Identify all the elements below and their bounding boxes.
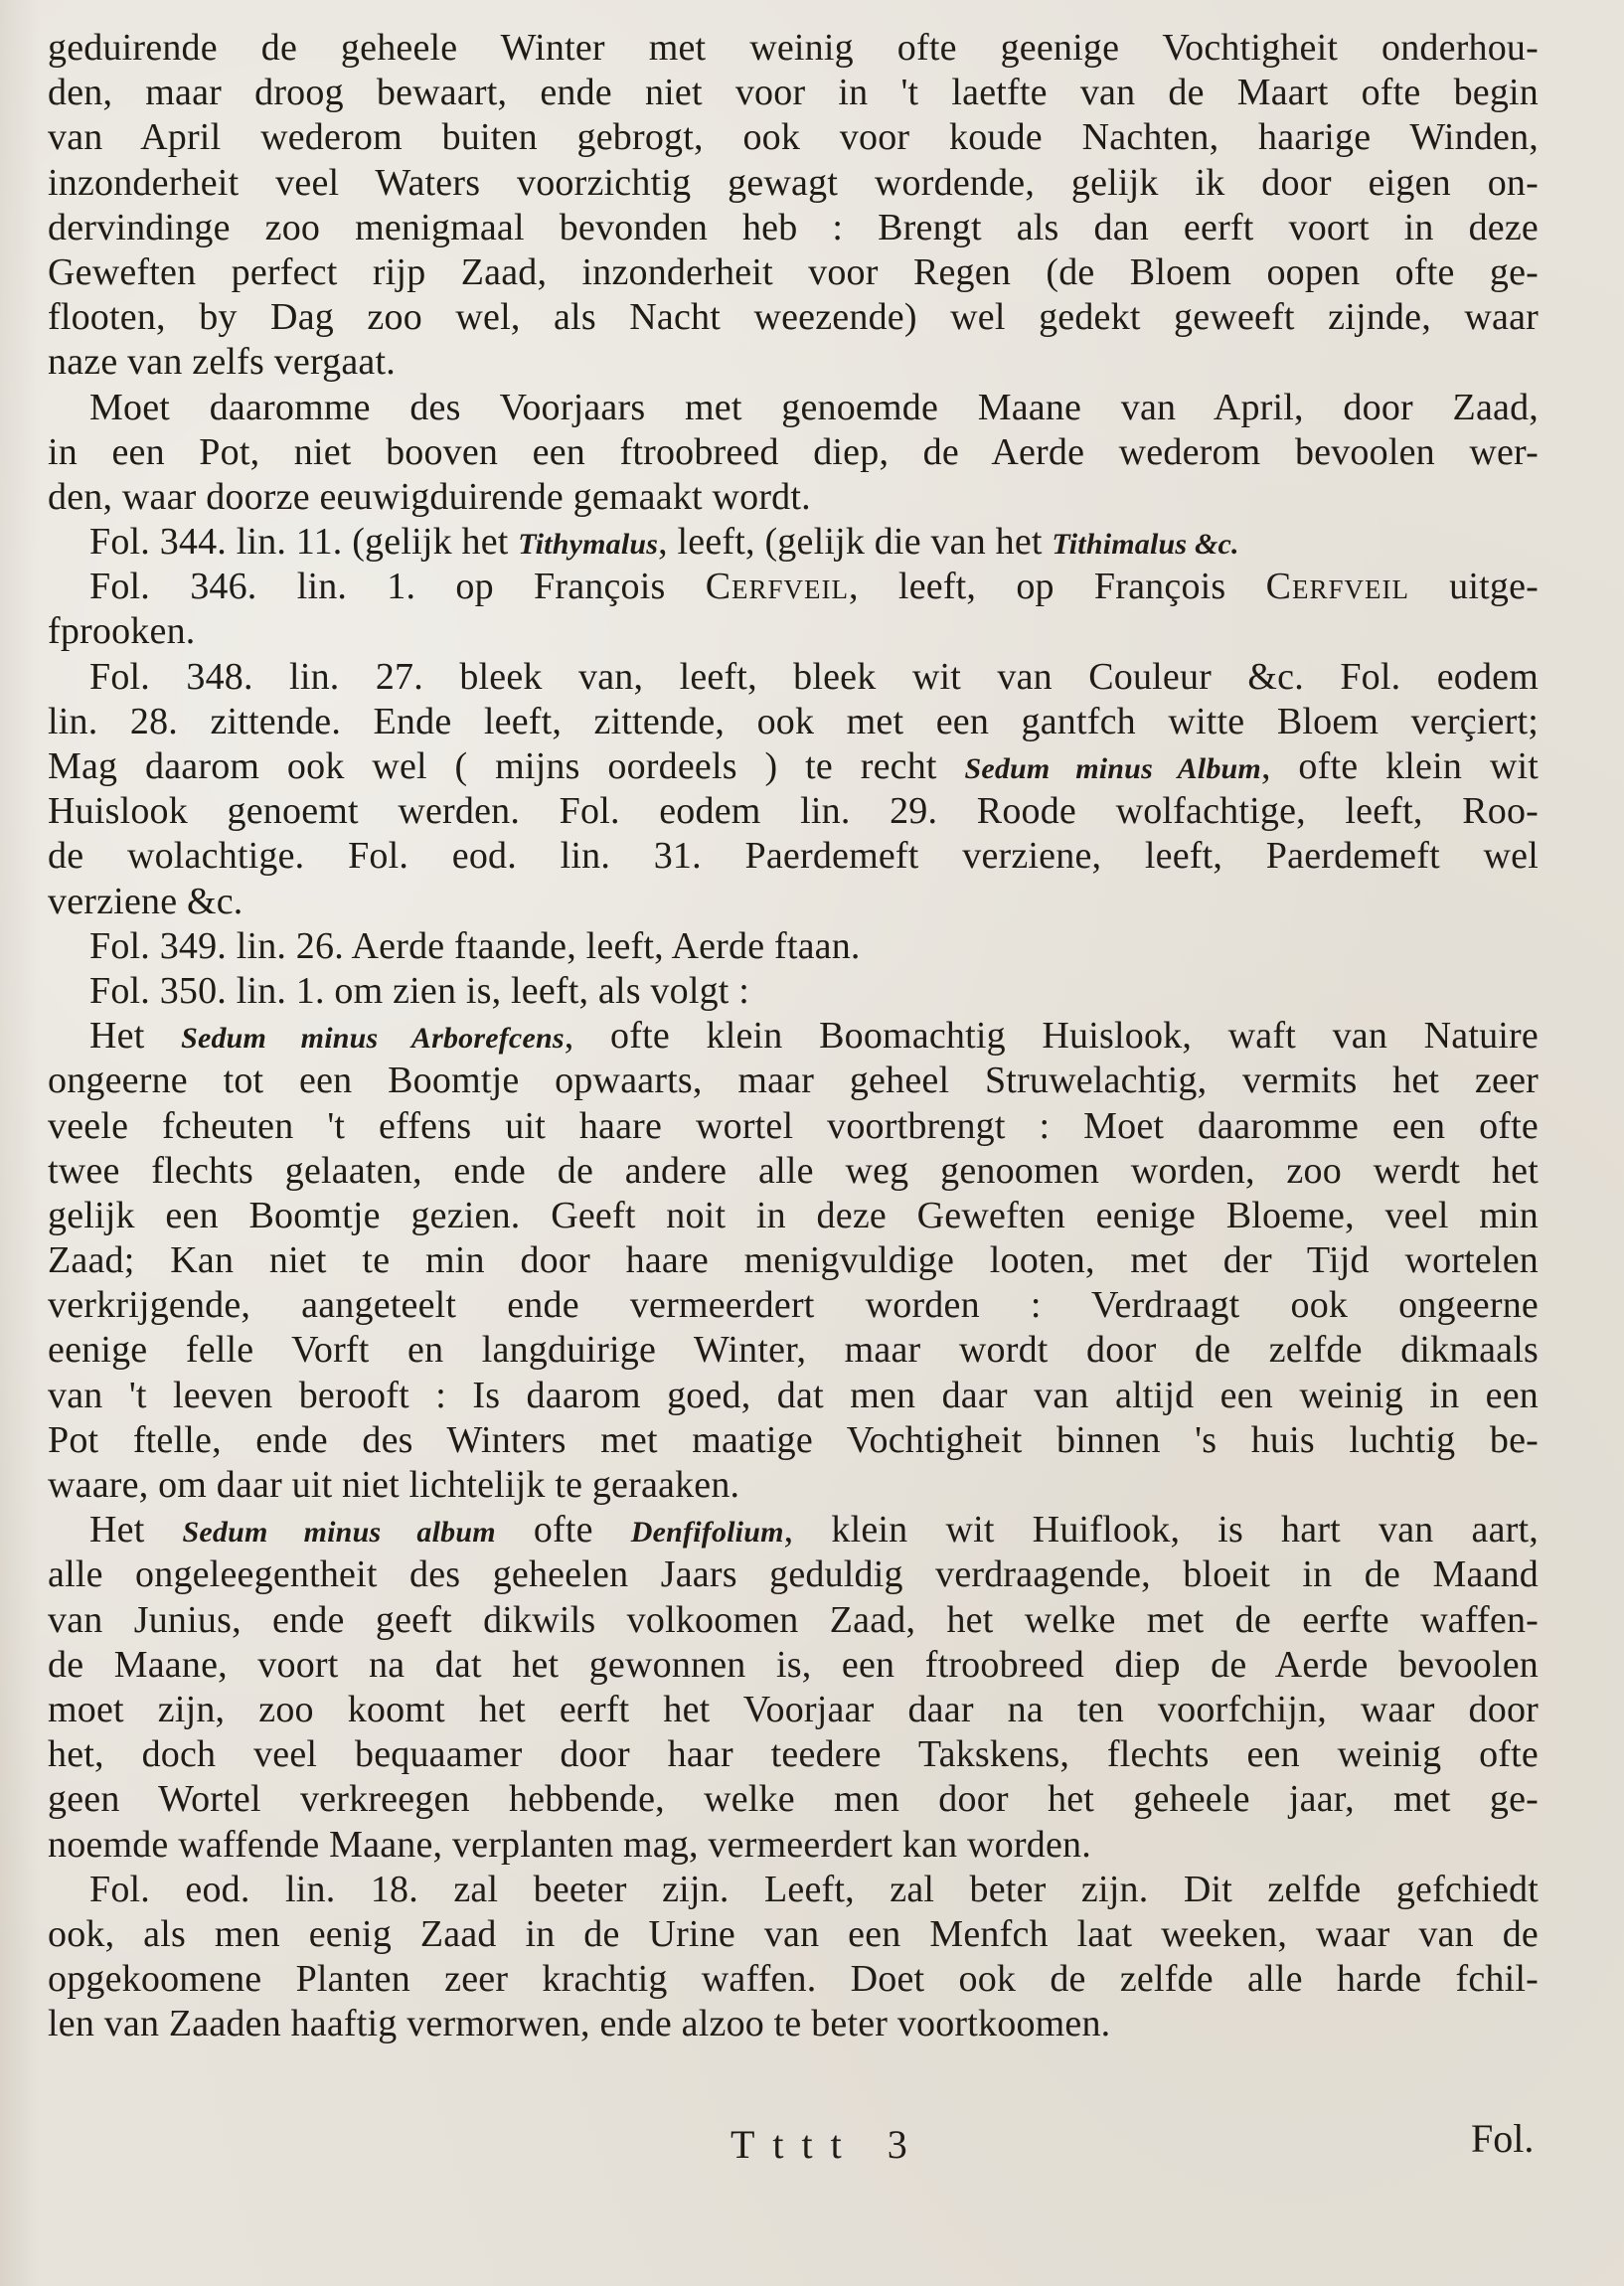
text-line: verkrijgende, aangeteelt ende vermeerder…: [48, 1283, 1539, 1328]
page-footer: Tttt 3 Fol.: [0, 2115, 1624, 2175]
text-run: , leeft, op François: [849, 566, 1266, 607]
text-line: Huislook genoemt werden. Fol. eodem lin.…: [48, 789, 1539, 834]
text-line: fprooken.: [48, 609, 1539, 654]
text-line: dervindinge zoo menigmaal bevonden heb :…: [48, 206, 1539, 250]
text-line: Fol. eod. lin. 18. zal beeter zijn. Leef…: [48, 1868, 1539, 1912]
italic-term: Sedum minus Album: [964, 752, 1261, 785]
text-line: de wolachtige. Fol. eod. lin. 31. Paerde…: [48, 834, 1539, 879]
signature-mark: Tttt 3: [731, 2121, 925, 2168]
text-line: moet zijn, zoo koomt het eerft het Voorj…: [48, 1688, 1539, 1732]
text-line: opgekoomene Planten zeer krachtig waffen…: [48, 1957, 1539, 2002]
text-run: ofte: [496, 1509, 631, 1551]
text-line: Fol. 348. lin. 27. bleek van, leeft, ble…: [48, 655, 1539, 700]
text-line: gelijk een Boomtje gezien. Geeft noit in…: [48, 1194, 1539, 1238]
text-line: Geweften perfect rijp Zaad, inzonderheit…: [48, 250, 1539, 295]
text-run: Fol. 346. lin. 1. op François: [89, 566, 706, 607]
text-run: uitge-: [1409, 566, 1539, 607]
text-line: van 't leeven berooft : Is daarom goed, …: [48, 1374, 1539, 1418]
text-line: den, maar droog bewaart, ende niet voor …: [48, 71, 1539, 115]
catchword: Fol.: [1471, 2115, 1534, 2162]
text-run: , ofte klein Boomachtig Huislook, waft v…: [565, 1015, 1539, 1057]
page-text-block: geduirende de geheele Winter met weinig …: [48, 26, 1539, 2046]
paragraph: Het Sedum minus Arborefcens, ofte klein …: [48, 1014, 1539, 1508]
text-line: flooten, by Dag zoo wel, als Nacht weeze…: [48, 295, 1539, 340]
text-line: van Junius, ende geeft dikwils volkoomen…: [48, 1598, 1539, 1643]
text-line: veele fcheuten 't effens uit haare worte…: [48, 1104, 1539, 1149]
text-line: Fol. 346. lin. 1. op François Cerfveil, …: [48, 565, 1539, 609]
text-run: Mag daarom ook wel ( mijns oordeels ) te…: [48, 745, 964, 787]
text-line: waare, om daar uit niet lichtelijk te ge…: [48, 1463, 1539, 1508]
text-line: verziene &c.: [48, 880, 1539, 924]
paragraph: Moet daaromme des Voorjaars met genoemde…: [48, 386, 1539, 521]
paragraph-erratum: Fol. 344. lin. 11. (gelijk het Tithymalu…: [48, 520, 1539, 565]
small-caps-term: Cerfveil: [706, 566, 849, 607]
text-run: , leeft, (gelijk die van het: [658, 521, 1052, 563]
text-line: Het Sedum minus album ofte Denfifolium, …: [48, 1508, 1539, 1552]
paragraph-erratum: Fol. 346. lin. 1. op François Cerfveil, …: [48, 565, 1539, 654]
text-line: noemde waffende Maane, verplanten mag, v…: [48, 1823, 1539, 1868]
text-line: Fol. 349. lin. 26. Aerde ftaande, leeft,…: [48, 924, 1539, 969]
text-line: Fol. 350. lin. 1. om zien is, leeft, als…: [48, 969, 1539, 1014]
text-line: ongeerne tot een Boomtje opwaarts, maar …: [48, 1059, 1539, 1103]
paragraph-erratum: Fol. 349. lin. 26. Aerde ftaande, leeft,…: [48, 924, 1539, 969]
text-run: , ofte klein wit: [1261, 745, 1539, 787]
text-line: de Maane, voort na dat het gewonnen is, …: [48, 1643, 1539, 1688]
paragraph: geduirende de geheele Winter met weinig …: [48, 26, 1539, 386]
text-line: Fol. 344. lin. 11. (gelijk het Tithymalu…: [48, 520, 1539, 565]
paragraph-erratum: Fol. 348. lin. 27. bleek van, leeft, ble…: [48, 655, 1539, 924]
text-line: Het Sedum minus Arborefcens, ofte klein …: [48, 1014, 1539, 1059]
text-line: naze van zelfs vergaat.: [48, 340, 1539, 385]
text-line: alle ongeleegentheit des geheelen Jaars …: [48, 1552, 1539, 1597]
text-line: Pot ftelle, ende des Winters met maatige…: [48, 1418, 1539, 1463]
text-line: inzonderheit veel Waters voorzichtig gew…: [48, 161, 1539, 206]
paragraph-erratum: Fol. 350. lin. 1. om zien is, leeft, als…: [48, 969, 1539, 1014]
text-run: Het: [89, 1509, 183, 1551]
text-line: in een Pot, niet booven een ftroobreed d…: [48, 430, 1539, 475]
text-line: van April wederom buiten gebrogt, ook vo…: [48, 115, 1539, 160]
text-line: len van Zaaden haaftig vermorwen, ende a…: [48, 2002, 1539, 2046]
text-run: , klein wit Huiflook, is hart van aart,: [784, 1509, 1539, 1551]
text-run: Het: [89, 1015, 181, 1057]
text-line: Moet daaromme des Voorjaars met genoemde…: [48, 386, 1539, 430]
italic-term: Denfifolium: [631, 1516, 784, 1549]
italic-term: Sedum minus Arborefcens: [181, 1022, 565, 1055]
paragraph-erratum: Fol. eod. lin. 18. zal beeter zijn. Leef…: [48, 1868, 1539, 2047]
italic-term: Tithimalus &c.: [1052, 528, 1238, 561]
text-line: Mag daarom ook wel ( mijns oordeels ) te…: [48, 744, 1539, 789]
text-line: Zaad; Kan niet te min door haare menigvu…: [48, 1238, 1539, 1283]
text-line: lin. 28. zittende. Ende leeft, zittende,…: [48, 700, 1539, 744]
text-line: eenige felle Vorft en langduirige Winter…: [48, 1328, 1539, 1373]
text-line: den, waar doorze eeuwigduirende gemaakt …: [48, 475, 1539, 520]
italic-term: Sedum minus album: [183, 1516, 496, 1549]
text-run: Fol. 344. lin. 11. (gelijk het: [89, 521, 518, 563]
text-line: ook, als men eenig Zaad in de Urine van …: [48, 1912, 1539, 1957]
text-line: geduirende de geheele Winter met weinig …: [48, 26, 1539, 71]
italic-term: Tithymalus: [518, 528, 658, 561]
paragraph: Het Sedum minus album ofte Denfifolium, …: [48, 1508, 1539, 1868]
text-line: geen Wortel verkreegen hebbende, welke m…: [48, 1777, 1539, 1822]
small-caps-term: Cerfveil: [1266, 566, 1409, 607]
text-line: twee flechts gelaaten, ende de andere al…: [48, 1149, 1539, 1194]
text-line: het, doch veel bequaamer door haar teede…: [48, 1732, 1539, 1777]
